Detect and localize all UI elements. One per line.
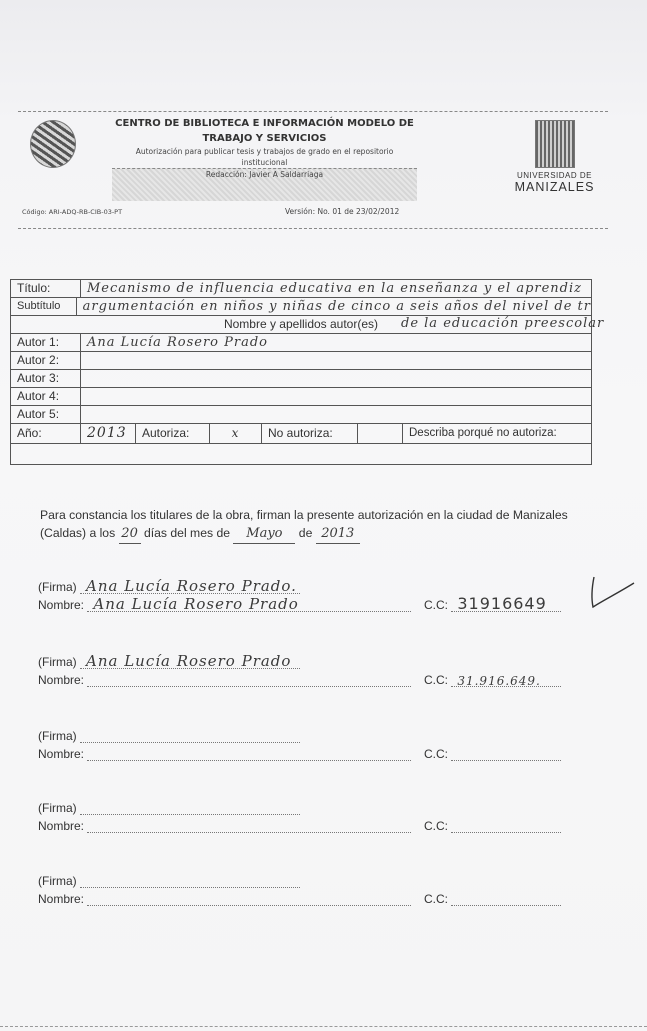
nombre-label: Nombre: (38, 819, 84, 833)
cc-label: C.C: (424, 819, 448, 833)
firma-field[interactable] (80, 729, 300, 743)
month-field[interactable]: Mayo (233, 525, 295, 544)
year-field[interactable]: 2013 (81, 424, 136, 443)
cc-field[interactable] (451, 747, 561, 761)
nombre-label: Nombre: (38, 673, 84, 687)
signature-block: (Firma) Ana Lucía Rosero Prado Nombre: C… (38, 655, 598, 695)
authors-header: Nombre y apellidos autor(es) (224, 316, 378, 333)
firma-label: (Firma) (38, 874, 77, 888)
signature-block: (Firma) Ana Lucía Rosero Prado. Nombre: … (38, 580, 598, 620)
not-authorize-checkbox[interactable] (358, 424, 403, 443)
year-label: Año: (11, 424, 81, 443)
subtitle-label: Subtítulo (11, 298, 77, 315)
page-bottom-edge (0, 1026, 647, 1027)
cc-field[interactable]: 31916649 (451, 598, 561, 612)
cc-field[interactable] (451, 892, 561, 906)
author-label: Autor 3: (11, 370, 81, 387)
nombre-field[interactable]: Ana Lucía Rosero Prado (87, 598, 411, 612)
firma-label: (Firma) (38, 801, 77, 815)
author-row: Autor 4: (11, 388, 591, 406)
document-version: Versión: No. 01 de 23/02/2012 (285, 207, 399, 216)
author-4-field[interactable] (81, 388, 591, 405)
not-authorize-label: No autoriza: (262, 424, 358, 443)
university-name-line2: MANIZALES (507, 180, 602, 194)
university-seal-icon (30, 120, 76, 168)
name-1: Ana Lucía Rosero Prado (93, 595, 298, 613)
cc-label: C.C: (424, 747, 448, 761)
author-label: Autor 2: (11, 352, 81, 369)
day-field[interactable]: 20 (119, 525, 141, 544)
reason-field[interactable] (11, 444, 591, 464)
declaration-text-2: días del mes de (144, 526, 230, 540)
author-row: Autor 5: (11, 406, 591, 424)
title-row: Título: Mecanismo de influencia educativ… (11, 280, 591, 298)
firma-field[interactable] (80, 801, 300, 815)
form-subtitle: Autorización para publicar tesis y traba… (112, 146, 417, 168)
author-label: Autor 5: (11, 406, 81, 423)
subtitle-overflow-text: de la educación preescolar (401, 315, 604, 332)
author-row: Autor 3: (11, 370, 591, 388)
year-sign-field[interactable]: 2013 (316, 525, 360, 544)
author-2-field[interactable] (81, 352, 591, 369)
signature-2: Ana Lucía Rosero Prado (86, 652, 291, 670)
signature-block: (Firma) Nombre: C.C: (38, 801, 598, 841)
header-top-rule (18, 111, 608, 112)
header-bottom-rule (18, 228, 608, 229)
university-emblem-icon (535, 120, 575, 168)
signature-block: (Firma) Nombre: C.C: (38, 874, 598, 914)
nombre-label: Nombre: (38, 598, 84, 612)
authorization-form-table: Título: Mecanismo de influencia educativ… (10, 279, 592, 465)
document-code: Código: ARI-ADQ-RB-CIB-03-PT (22, 208, 122, 216)
reason-label: Describa porqué no autoriza: (403, 424, 591, 443)
firma-field[interactable] (80, 874, 300, 888)
nombre-field[interactable] (87, 673, 411, 687)
institution-title: CENTRO DE BIBLIOTECA E INFORMACIÓN MODEL… (112, 116, 417, 146)
cc-label: C.C: (424, 598, 448, 612)
reason-row (11, 444, 591, 464)
authorize-label: Autoriza: (136, 424, 210, 443)
firma-field[interactable]: Ana Lucía Rosero Prado. (80, 580, 300, 594)
nombre-label: Nombre: (38, 747, 84, 761)
firma-label: (Firma) (38, 729, 77, 743)
nombre-label: Nombre: (38, 892, 84, 906)
cc-field[interactable]: 31.916.649. (451, 673, 561, 687)
author-row: Autor 1: Ana Lucía Rosero Prado (11, 334, 591, 352)
authors-header-row: Nombre y apellidos autor(es) de la educa… (11, 316, 591, 334)
title-field[interactable]: Mecanismo de influencia educativa en la … (81, 280, 591, 297)
authorize-checkbox[interactable]: x (210, 424, 262, 443)
title-label: Título: (11, 280, 81, 297)
cc-field[interactable] (451, 819, 561, 833)
firma-label: (Firma) (38, 655, 77, 669)
cc-2: 31.916.649. (457, 674, 541, 688)
university-name-line1: UNIVERSIDAD DE (507, 171, 602, 180)
nombre-field[interactable] (87, 747, 411, 761)
author-label: Autor 1: (11, 334, 81, 351)
nombre-field[interactable] (87, 892, 411, 906)
cc-label: C.C: (424, 892, 448, 906)
firma-label: (Firma) (38, 580, 77, 594)
subtitle-row: Subtítulo argumentación en niños y niñas… (11, 298, 591, 316)
nombre-field[interactable] (87, 819, 411, 833)
signature-block: (Firma) Nombre: C.C: (38, 729, 598, 769)
check-mark-icon (588, 575, 636, 611)
author-3-field[interactable] (81, 370, 591, 387)
year-row: Año: 2013 Autoriza: x No autoriza: Descr… (11, 424, 591, 444)
redaction-text: Redacción: Javier A Saldarriaga (112, 170, 417, 179)
declaration-paragraph: Para constancia los titulares de la obra… (40, 506, 600, 544)
subtitle-field[interactable]: argumentación en niños y niñas de cinco … (77, 298, 591, 315)
declaration-text-3: de (299, 526, 313, 540)
firma-field[interactable]: Ana Lucía Rosero Prado (80, 655, 300, 669)
author-row: Autor 2: (11, 352, 591, 370)
author-5-field[interactable] (81, 406, 591, 423)
author-label: Autor 4: (11, 388, 81, 405)
signature-1: Ana Lucía Rosero Prado. (86, 577, 297, 595)
cc-1: 31916649 (457, 594, 546, 613)
author-1-field[interactable]: Ana Lucía Rosero Prado (81, 334, 591, 351)
cc-label: C.C: (424, 673, 448, 687)
